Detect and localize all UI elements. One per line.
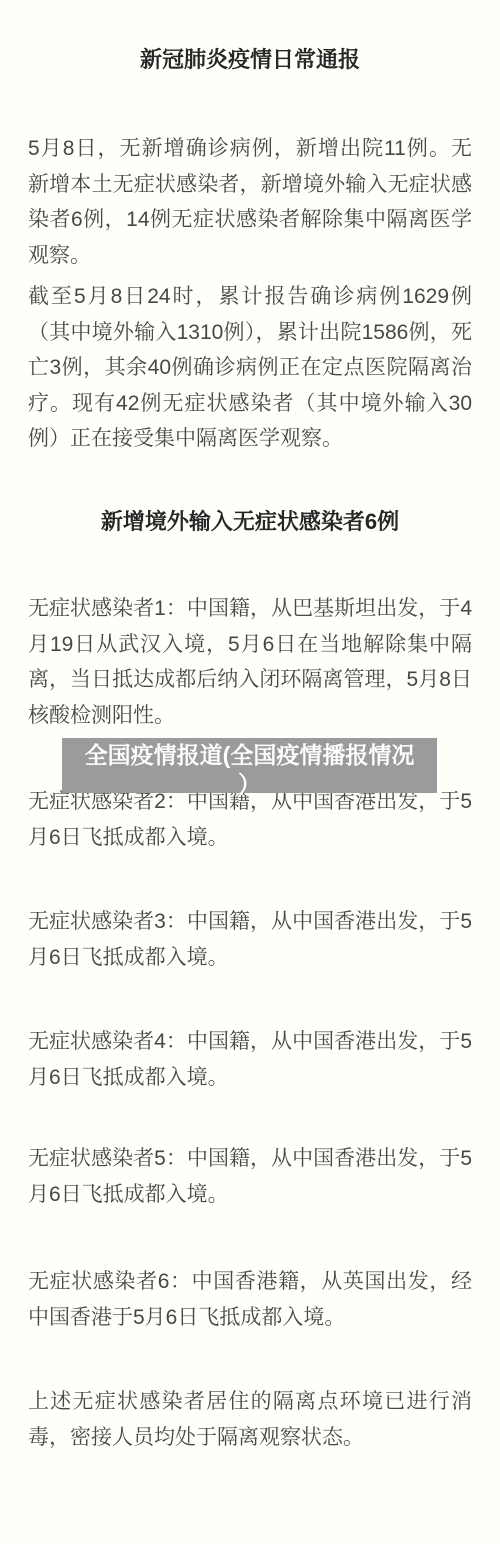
- watermark-text: 全国疫情报道(全国疫情播报情况 ）: [62, 738, 437, 799]
- case-paragraph-1: 无症状感染者1：中国籍，从巴基斯坦出发，于4月19日从武汉入境，5月6日在当地解…: [28, 591, 472, 733]
- section-heading: 新增境外输入无症状感染者6例: [0, 505, 500, 538]
- case-paragraph-6: 无症状感染者6：中国香港籍，从英国出发，经中国香港于5月6日飞抵成都入境。: [28, 1264, 472, 1335]
- article-page: 新冠肺炎疫情日常通报 5月8日，无新增确诊病例，新增出院11例。无新增本土无症状…: [0, 0, 500, 1544]
- summary-paragraph-2: 截至5月8日24时，累计报告确诊病例1629例（其中境外输入1310例），累计出…: [28, 279, 472, 457]
- case-paragraph-5: 无症状感染者5：中国籍，从中国香港出发，于5月6日飞抵成都入境。: [28, 1141, 472, 1212]
- article-title: 新冠肺炎疫情日常通报: [0, 43, 500, 76]
- case-paragraph-3: 无症状感染者3：中国籍，从中国香港出发，于5月6日飞抵成都入境。: [28, 904, 472, 975]
- watermark-overlay: 全国疫情报道(全国疫情播报情况 ）: [62, 738, 437, 793]
- case-paragraph-4: 无症状感染者4：中国籍，从中国香港出发，于5月6日飞抵成都入境。: [28, 1024, 472, 1095]
- closing-paragraph: 上述无症状感染者居住的隔离点环境已进行消毒，密接人员均处于隔离观察状态。: [28, 1384, 472, 1455]
- summary-paragraph-1: 5月8日，无新增确诊病例，新增出院11例。无新增本土无症状感染者，新增境外输入无…: [28, 131, 472, 273]
